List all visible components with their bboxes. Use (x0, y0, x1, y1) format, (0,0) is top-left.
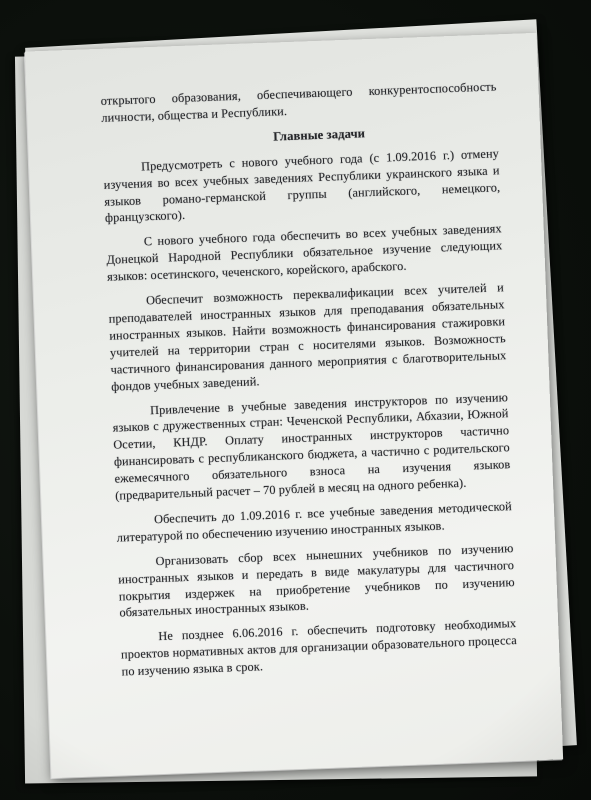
paragraph-cancel-languages: Предусмотреть с нового учебного года (с … (103, 145, 501, 227)
paragraph-methodical-literature: Обеспечить до 1.09.2016 г. все учебные з… (116, 498, 513, 546)
paragraph-textbook-recycling: Организовать сбор всех нынешних учебнико… (117, 540, 515, 622)
photo-background: открытого образования, обеспечивающего к… (0, 0, 591, 800)
paragraph-mandatory-languages: С нового учебного года обеспечить во все… (106, 221, 504, 286)
paper-sheet-main: открытого образования, обеспечивающего к… (25, 33, 563, 778)
paragraph-teacher-requalification: Обеспечит возможность переквалификации в… (108, 279, 507, 395)
paragraph-normative-acts: Не позднее 6.06.2016 г. обеспечить подго… (120, 615, 518, 680)
paragraph-continuation: открытого образования, обеспечивающего к… (100, 78, 497, 126)
document-text: открытого образования, обеспечивающего к… (100, 78, 518, 688)
paragraph-instructors-funding: Привлечение в учебные заведения инструкт… (112, 389, 511, 505)
